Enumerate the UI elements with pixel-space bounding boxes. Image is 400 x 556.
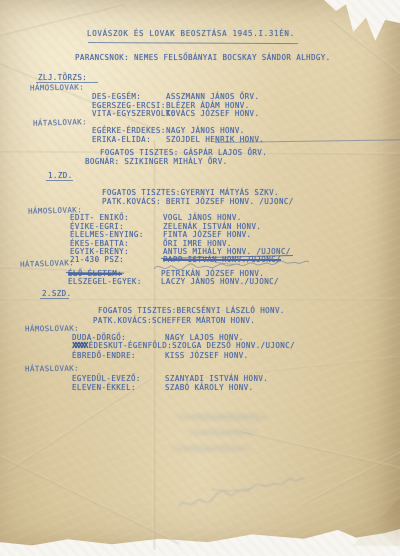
overtyped-x-chars: XXXXX	[72, 341, 87, 350]
saddle-horses-label: HÁTASLOVAK:	[33, 117, 87, 127]
soldier-name: SZOLGA DEZSŐ HONV./UJONC/	[172, 341, 295, 350]
horse-pair: ERIKA-ELIDA:	[92, 135, 166, 144]
soldier-name: LACZY JÁNOS HONV./UJONC/	[161, 277, 279, 286]
horse-row: ELEVEN-ÉKKEL:SZABÓ KÁROLY HONV.	[72, 383, 253, 392]
horse-row: ELSZEGEL-EGYEK:LACZY JÁNOS HONV./UJONC/	[68, 277, 279, 286]
soldier-name: KOVÁCS JÓZSEF HONV.	[166, 109, 259, 118]
soldier-name: KISS JÓZSEF HONV.	[165, 351, 249, 360]
horse-row: VITA-EGYSZERVOLT:KOVÁCS JÓZSEF HONV.	[92, 109, 259, 118]
section-underline	[46, 180, 73, 181]
showthrough-smudge	[176, 414, 268, 420]
soldier-name: SZABÓ KÁROLY HONV.	[165, 383, 253, 392]
section-underline	[40, 298, 69, 299]
commander-line: PARANCSNOK: NEMES FELSŐBÁNYAI BOCSKAY SÁ…	[75, 53, 331, 62]
officer-line: FOGATOS TISZTES:GYERNYI MÁTYÁS SZKV.	[102, 188, 279, 197]
officer-line: FOGATOS TISZTES: GÁSPÁR LAJOS ŐRV.	[100, 148, 267, 157]
harness-horses-label: HÁMOSLOVAK:	[30, 83, 84, 93]
harness-horses-label: HÁMOSLOVAK:	[25, 324, 79, 334]
section-label-hq: ZLJ.TÖRZS:	[38, 73, 87, 82]
officer-line: PATK.KOVÁCS:SCHEFFER MÁRTON HONV.	[93, 316, 255, 325]
showthrough-smudge	[170, 446, 250, 451]
horse-pair: ELEVEN-ÉKKEL:	[72, 383, 165, 392]
document-title: LOVÁSZOK ÉS LOVAK BEOSZTÁSA 1945.I.31ÉN.	[87, 29, 295, 38]
section-label-co2: 2.SZD.	[42, 289, 72, 298]
horse-pair: VITA-EGYSZERVOLT:	[92, 109, 166, 118]
horse-pair: ÉDESKUT-ÉGENFÖLD:	[89, 341, 173, 350]
horse-row: XXXXXÉDESKUT-ÉGENFÖLD:SZOLGA DEZSŐ HONV.…	[72, 341, 295, 350]
section-label-co1: 1.ZD.	[48, 171, 73, 180]
scanned-document: LOVÁSZOK ÉS LOVAK BEOSZTÁSA 1945.I.31ÉN.…	[0, 0, 400, 556]
officer-line: FOGATOS TISZTES:BERCSÉNYI LÁSZLÓ HONV.	[98, 306, 285, 315]
saddle-horses-label: HÁTASLOVAK:	[20, 258, 74, 269]
horse-row: ÉBREDŐ-ENDRE:KISS JÓZSEF HONV.	[72, 351, 249, 360]
officer-line: BOGNÁR: SZIKINGER MIHÁLY ŐRV.	[85, 157, 228, 166]
showthrough-smudge	[186, 430, 256, 435]
officer-line: PATK.KOVÁCS: BERTI JÓZSEF HONV. /UJONC/	[102, 197, 294, 206]
horse-pair: ÉBREDŐ-ENDRE:	[72, 351, 165, 360]
horse-pair: ELSZEGEL-EGYEK:	[68, 277, 161, 286]
saddle-horses-label: HÁTASLOVAK:	[25, 364, 79, 374]
